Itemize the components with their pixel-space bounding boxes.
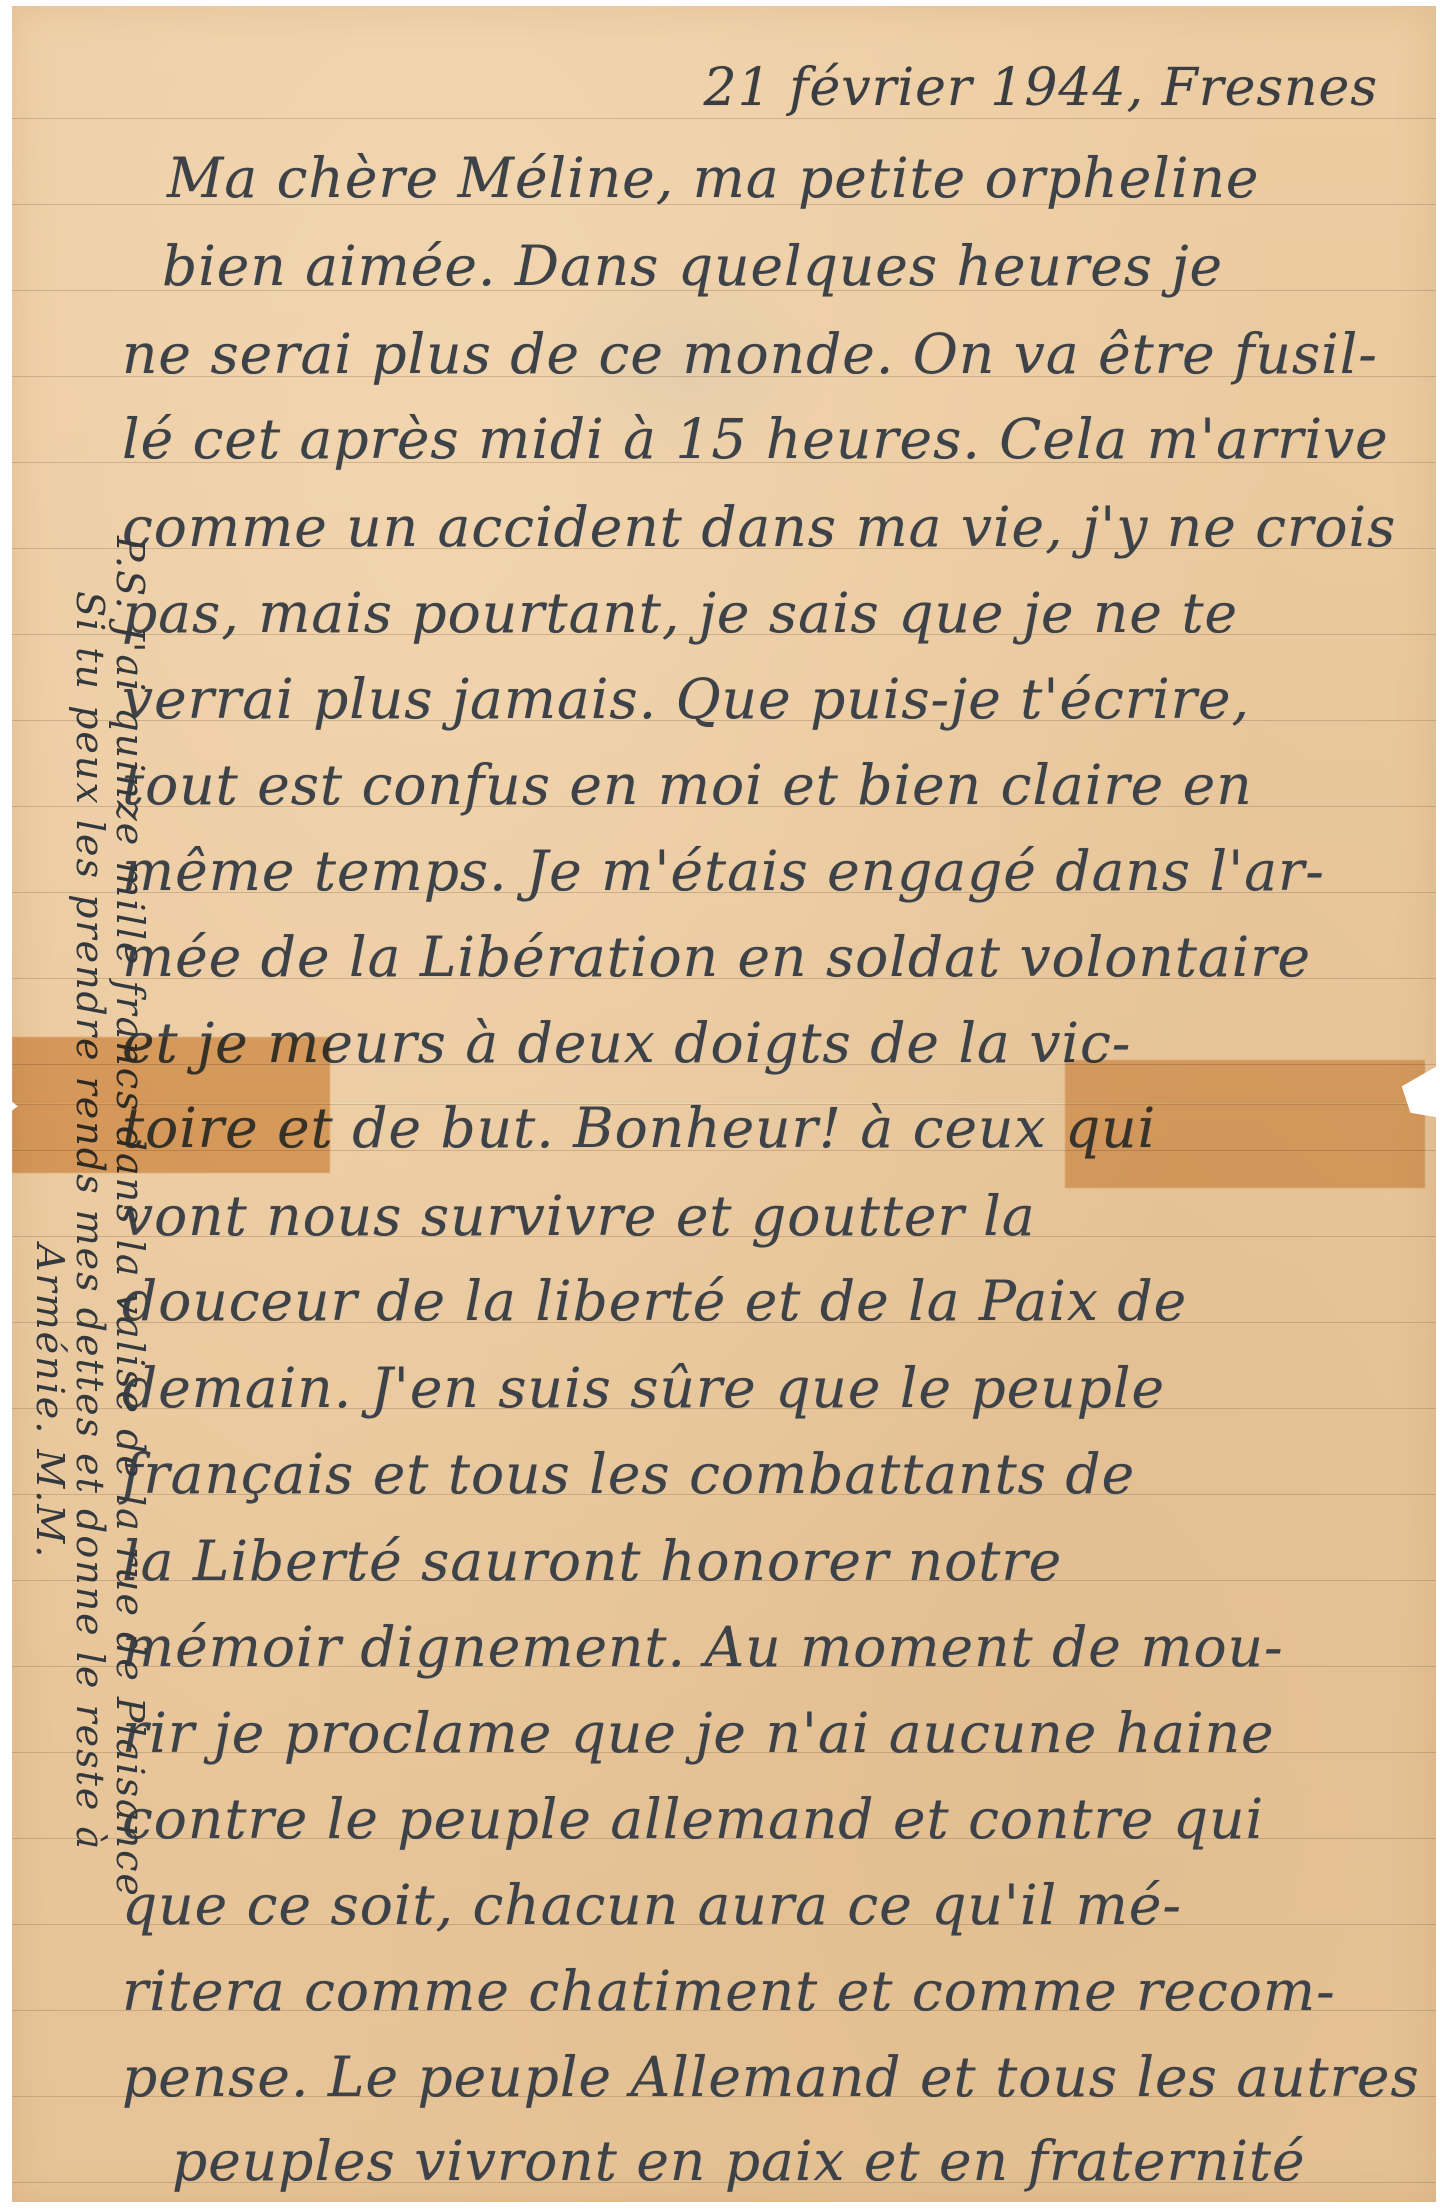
letter-line: que ce soit, chacun aura ce qu'il mé- <box>122 1878 1182 1933</box>
letter-line: verrai plus jamais. Que puis-je t'écrire… <box>122 672 1250 727</box>
tape-strip-left <box>12 1037 330 1173</box>
letter-line: français et tous les combattants de <box>122 1447 1135 1502</box>
letter-line: même temps. Je m'étais engagé dans l'ar- <box>122 844 1325 899</box>
letter-line: ritera comme chatiment et comme recom- <box>122 1964 1336 2019</box>
letter-line: vont nous survivre et goutter la <box>122 1189 1036 1244</box>
postscript-column: Si tu peux les prendre rends mes dettes … <box>68 591 112 1851</box>
letter-line: mémoir dignement. Au moment de mou- <box>122 1620 1284 1675</box>
letter-line: douceur de la liberté et de la Paix de <box>122 1274 1187 1329</box>
letter-line: peuples vivront en paix et en fraternité <box>172 2134 1306 2189</box>
letter-line: Ma chère Méline, ma petite orpheline <box>167 151 1259 206</box>
letter-line: la Liberté sauront honorer notre <box>122 1534 1062 1589</box>
letter-line: tout est confus en moi et bien claire en <box>122 758 1253 813</box>
letter-line: pense. Le peuple Allemand et tous les au… <box>122 2050 1420 2105</box>
letter-line: demain. J'en suis sûre que le peuple <box>122 1361 1165 1416</box>
letter-line: contre le peuple allemand et contre qui <box>122 1792 1264 1847</box>
letter-line: pas, mais pourtant, je sais que je ne te <box>122 586 1238 641</box>
letter-line: lé cet après midi à 15 heures. Cela m'ar… <box>122 412 1389 467</box>
letter-date-place: 21 février 1944, Fresnes <box>704 58 1378 118</box>
postscript-column: P.S. J'ai quinze mille francs dans la va… <box>108 536 152 1898</box>
letter-line: comme un accident dans ma vie, j'y ne cr… <box>122 500 1396 555</box>
letter-line: ne serai plus de ce monde. On va être fu… <box>122 327 1378 382</box>
postscript-signature: Arménie. M.M. <box>28 1244 72 1559</box>
letter-line: mée de la Libération en soldat volontair… <box>122 930 1311 985</box>
tape-strip-right <box>1065 1060 1425 1188</box>
letter-line: rir je proclame que je n'ai aucune haine <box>122 1706 1275 1761</box>
letter-line: bien aimée. Dans quelques heures je <box>162 239 1223 294</box>
ruled-line <box>12 118 1436 119</box>
letter-paper: 21 février 1944, Fresnes Ma chère Méline… <box>12 6 1436 2202</box>
